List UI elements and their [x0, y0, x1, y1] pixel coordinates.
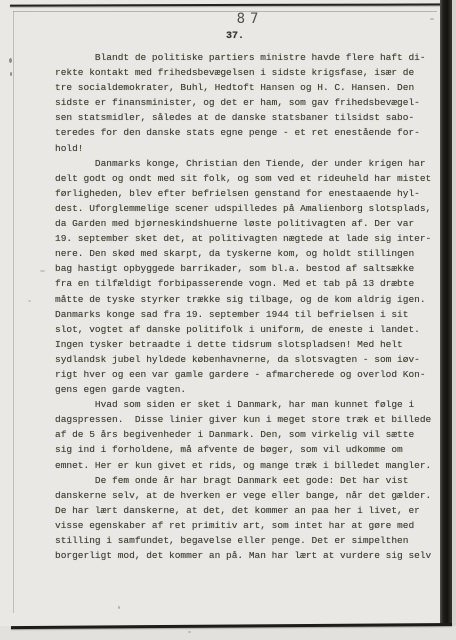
text-line: måtte de tyske styrker trække sig tilbag…	[55, 292, 440, 307]
scan-speck	[118, 606, 120, 609]
text-line: sydlandsk jubel hyldede københavnerne, d…	[55, 352, 440, 367]
text-line: De fem onde år har bragt Danmark eet god…	[55, 473, 440, 488]
scan-speck	[10, 72, 12, 76]
scan-speck	[40, 270, 45, 272]
typewritten-text: Blandt de politiske partiers ministre ha…	[55, 50, 440, 563]
typed-page-label: 37.	[226, 31, 244, 42]
text-line: dagspressen. Disse linier giver kun i me…	[55, 412, 440, 427]
scan-speck	[28, 300, 31, 302]
text-line: De har lært danskerne, at det, det komme…	[55, 503, 440, 518]
text-line: emnet. Her er kun givet et rids, og mang…	[55, 458, 440, 473]
scan-speck	[188, 631, 191, 633]
text-line: borgerligt mod, det kommer an på. Man ha…	[55, 548, 440, 563]
text-line: af de 5 års begivenheder i Danmark. Den,…	[55, 427, 440, 442]
scan-edge-top	[10, 3, 446, 6]
page-number-stamp: 87	[205, 11, 295, 27]
text-line: dest. Uforglemmelige scener udspilledes …	[55, 201, 440, 216]
text-line: rekte kontakt med frihedsbevægelsen i si…	[55, 65, 440, 80]
text-line: da Garden med bjørneskindshuerne løste p…	[55, 216, 440, 231]
text-line: danskerne selv, at de hverken er vege el…	[55, 488, 440, 503]
text-line: fra en tilfældigt forbipasserende vogn. …	[55, 276, 440, 291]
text-line: slot, vogtet af danske politifolk i unif…	[55, 322, 440, 337]
scan-edge-right-outer	[452, 0, 456, 640]
text-line: Ingen tysker betraadte i dette tidsrum s…	[55, 337, 440, 352]
text-line: tre socialdemokrater, Buhl, Hedtoft Hans…	[55, 80, 440, 95]
text-line: 19. september sket det, at politivagten …	[55, 231, 440, 246]
scan-edge-right	[440, 0, 452, 624]
text-line: delt godt og ondt med sit folk, og som v…	[55, 171, 440, 186]
text-line: visse egenskaber af ret primitiv art, so…	[55, 518, 440, 533]
text-line: nere. Den skød med skarpt, da tyskerne k…	[55, 246, 440, 261]
scan-inner-border-left	[13, 11, 14, 613]
text-line: sig ind i forholdene, må afvente de bøge…	[55, 442, 440, 457]
text-line: sen statsmidler, således at de danske st…	[55, 110, 440, 125]
text-line: rigt hver og een var gamle gardere - afm…	[55, 367, 440, 382]
scan-speck	[430, 18, 434, 20]
text-line: sidste er finansminister, og det er ham,…	[55, 95, 440, 110]
text-line: førligheden, blev efter befrielsen genst…	[55, 186, 440, 201]
text-line: teredes for den danske stats egne penge …	[55, 125, 440, 140]
scanned-page: 87 37. Blandt de politiske partiers mini…	[0, 0, 456, 640]
text-line: Danmarks konge sad fra 19. september 194…	[55, 307, 440, 322]
text-line: Hvad som siden er sket i Danmark, har ma…	[55, 397, 440, 412]
text-line: bag hastigt opbyggede barrikader, som bl…	[55, 261, 440, 276]
scan-speck	[9, 58, 12, 63]
text-line: gens egen garde vagten.	[55, 382, 440, 397]
text-line: stilling i samfundet, begavelse eller pe…	[55, 533, 440, 548]
text-line: Blandt de politiske partiers ministre ha…	[55, 50, 440, 65]
text-line: hold!	[55, 141, 440, 156]
text-line: Danmarks konge, Christian den Tiende, de…	[55, 156, 440, 171]
